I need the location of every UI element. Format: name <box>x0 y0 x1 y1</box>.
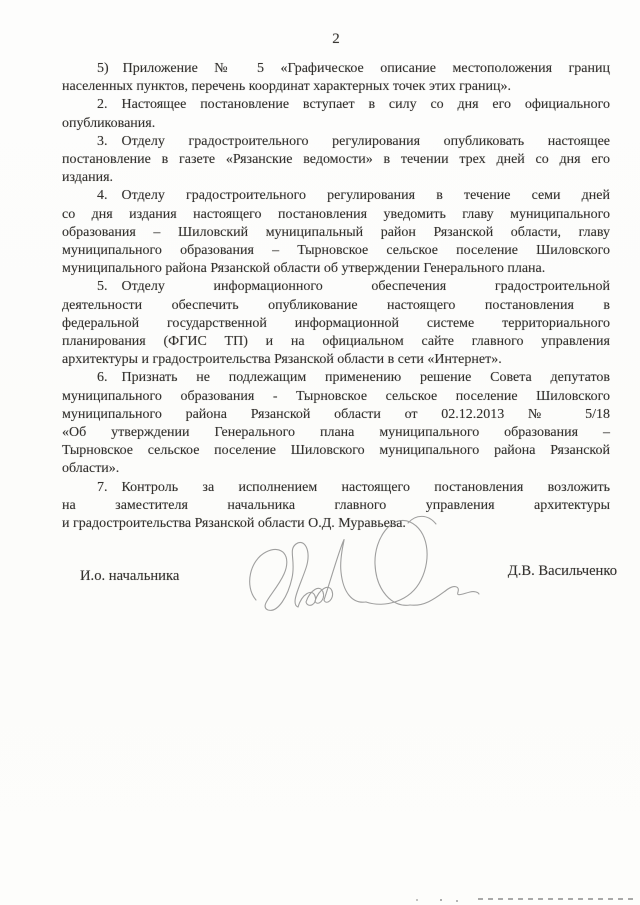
text-line: муниципального района Рязанской области … <box>62 406 610 424</box>
paragraph-item-3: 3. Отделу градостроительного регулирован… <box>62 133 610 188</box>
text-line: постановление в газете «Рязанские ведомо… <box>62 151 610 169</box>
signer-name: Д.В. Васильченко <box>508 563 617 585</box>
text-line: 2. Настоящее постановление вступает в си… <box>62 96 610 114</box>
text-line: 6. Признать не подлежащим применению реш… <box>62 369 610 387</box>
text-line: Тырновское сельское поселение Шиловского… <box>62 442 610 460</box>
text-line: области». <box>62 460 610 478</box>
text-line: и градостроительства Рязанской области О… <box>62 515 610 533</box>
text-line: федеральной государственной информационн… <box>62 315 610 333</box>
page-number: 2 <box>62 31 610 48</box>
paragraph-item-4: 4. Отделу градостроительного регулирован… <box>62 187 610 278</box>
text-line: 7. Контроль за исполнением настоящего по… <box>62 479 610 497</box>
text-line: деятельности обеспечить опубликование на… <box>62 297 610 315</box>
text-line: муниципального образования – Тырновское … <box>62 242 610 260</box>
paragraph-item-2: 2. Настоящее постановление вступает в си… <box>62 96 610 132</box>
paragraph-item-5: 5. Отделу информационного обеспечения гр… <box>62 278 610 369</box>
text-line: архитектуры и градостроительства Рязанск… <box>62 351 610 369</box>
scan-artifact-dots <box>440 899 442 901</box>
paragraph-item-7: 7. Контроль за исполнением настоящего по… <box>62 479 610 534</box>
text-line: издания. <box>62 169 610 187</box>
text-line: населенных пунктов, перечень координат х… <box>62 78 610 96</box>
paragraph-item-6: 6. Признать не подлежащим применению реш… <box>62 369 610 478</box>
document-page: 2 5) Приложение № 5 «Графическое описани… <box>0 0 640 905</box>
text-line: 5. Отделу информационного обеспечения гр… <box>62 278 610 296</box>
text-line: 3. Отделу градостроительного регулирован… <box>62 133 610 151</box>
paragraph-item-5-appendix: 5) Приложение № 5 «Графическое описание … <box>62 60 610 96</box>
document-body: 5) Приложение № 5 «Графическое описание … <box>62 60 610 533</box>
text-line: планирования (ФГИС ТП) и на официальном … <box>62 333 610 351</box>
text-line: со дня издания настоящего постановления … <box>62 206 610 224</box>
text-line: муниципального района Рязанской области … <box>62 260 610 278</box>
signature-block: И.о. начальника Д.В. Васильченко <box>62 563 617 585</box>
text-line: опубликования. <box>62 115 610 133</box>
text-line: муниципального образования - Тырновское … <box>62 388 610 406</box>
text-line: на заместителя начальника главного управ… <box>62 497 610 515</box>
text-line: 5) Приложение № 5 «Графическое описание … <box>62 60 610 78</box>
text-line: «Об утверждении Генерального плана муниц… <box>62 424 610 442</box>
signer-title: И.о. начальника <box>80 568 179 585</box>
scan-artifact-dashes <box>478 898 638 900</box>
text-line: 4. Отделу градостроительного регулирован… <box>62 187 610 205</box>
text-line: образования – Шиловский муниципальный ра… <box>62 224 610 242</box>
